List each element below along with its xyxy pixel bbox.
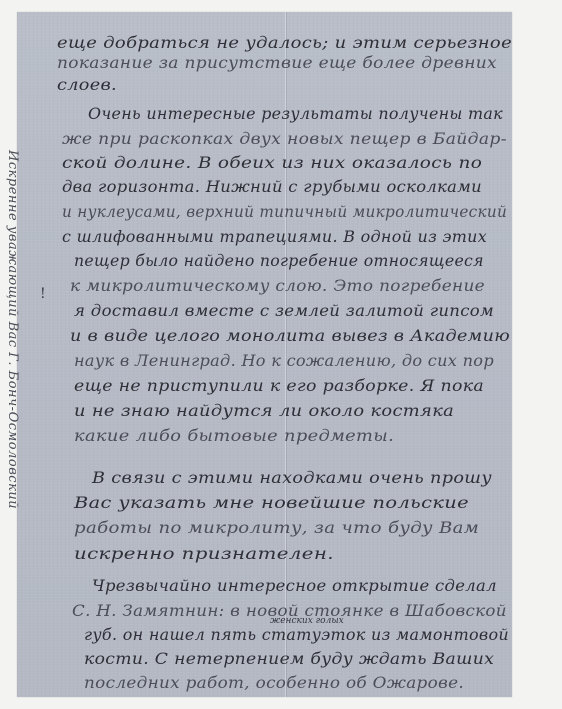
handwritten-line: работы по микролиту, за что буду Вам: [74, 519, 479, 537]
handwritten-line: ской долине. В обеих из них оказалось по: [62, 154, 482, 172]
handwritten-line: я доставил вместе с землей залитой гипсо…: [74, 302, 494, 320]
interlinear-insertion: женских голых: [270, 616, 344, 626]
handwritten-line: пещер было найдено погребение относящеес…: [74, 252, 484, 270]
handwritten-line: Чрезвычайно интересное открытие сделал: [92, 577, 497, 595]
handwritten-line: Вас указать мне новейшие польские: [74, 494, 469, 512]
handwritten-line: слоев.: [57, 76, 117, 94]
handwritten-line: два горизонта. Нижний с грубыми осколкам…: [62, 178, 482, 196]
handwritten-line: В связи с этими находками очень прошу: [92, 469, 492, 487]
handwritten-line: наук в Ленинград. Но к сожалению, до сих…: [74, 352, 494, 370]
handwritten-line: и нуклеусами, верхний типичный микролити…: [62, 203, 507, 221]
handwritten-line: показание за присутствие еще более древн…: [57, 54, 497, 72]
handwritten-line: к микролитическому слою. Это погребение: [70, 277, 485, 295]
margin-signature: Искренне уважающий Вас Г. Бонч-Осмоловск…: [5, 150, 20, 509]
handwritten-line: и в виде целого монолита вывез в Академи…: [70, 327, 510, 345]
margin-exclamation-mark: !: [40, 286, 46, 302]
handwritten-line: последних работ, особенно об Ожарове.: [84, 674, 464, 692]
handwritten-line: кости. С нетерпением буду ждать Ваших: [84, 650, 494, 668]
handwritten-line: с шлифованными трапециями. В одной из эт…: [62, 228, 487, 246]
handwritten-line: Очень интересные результаты получены так: [88, 105, 503, 123]
handwritten-line: и не знаю найдутся ли около костяка: [74, 402, 454, 420]
handwritten-line: какие либо бытовые предметы.: [74, 427, 394, 445]
handwritten-line: еще добраться не удалось; и этим серьезн…: [57, 34, 512, 52]
handwritten-line: губ. он нашел пять статуэток из мамонтов…: [84, 626, 509, 644]
handwritten-line: искренно признателен.: [74, 545, 334, 563]
handwritten-line: же при раскопках двух новых пещер в Байд…: [62, 130, 507, 148]
handwritten-line: еще не приступили к его разборке. Я пока: [74, 377, 484, 395]
